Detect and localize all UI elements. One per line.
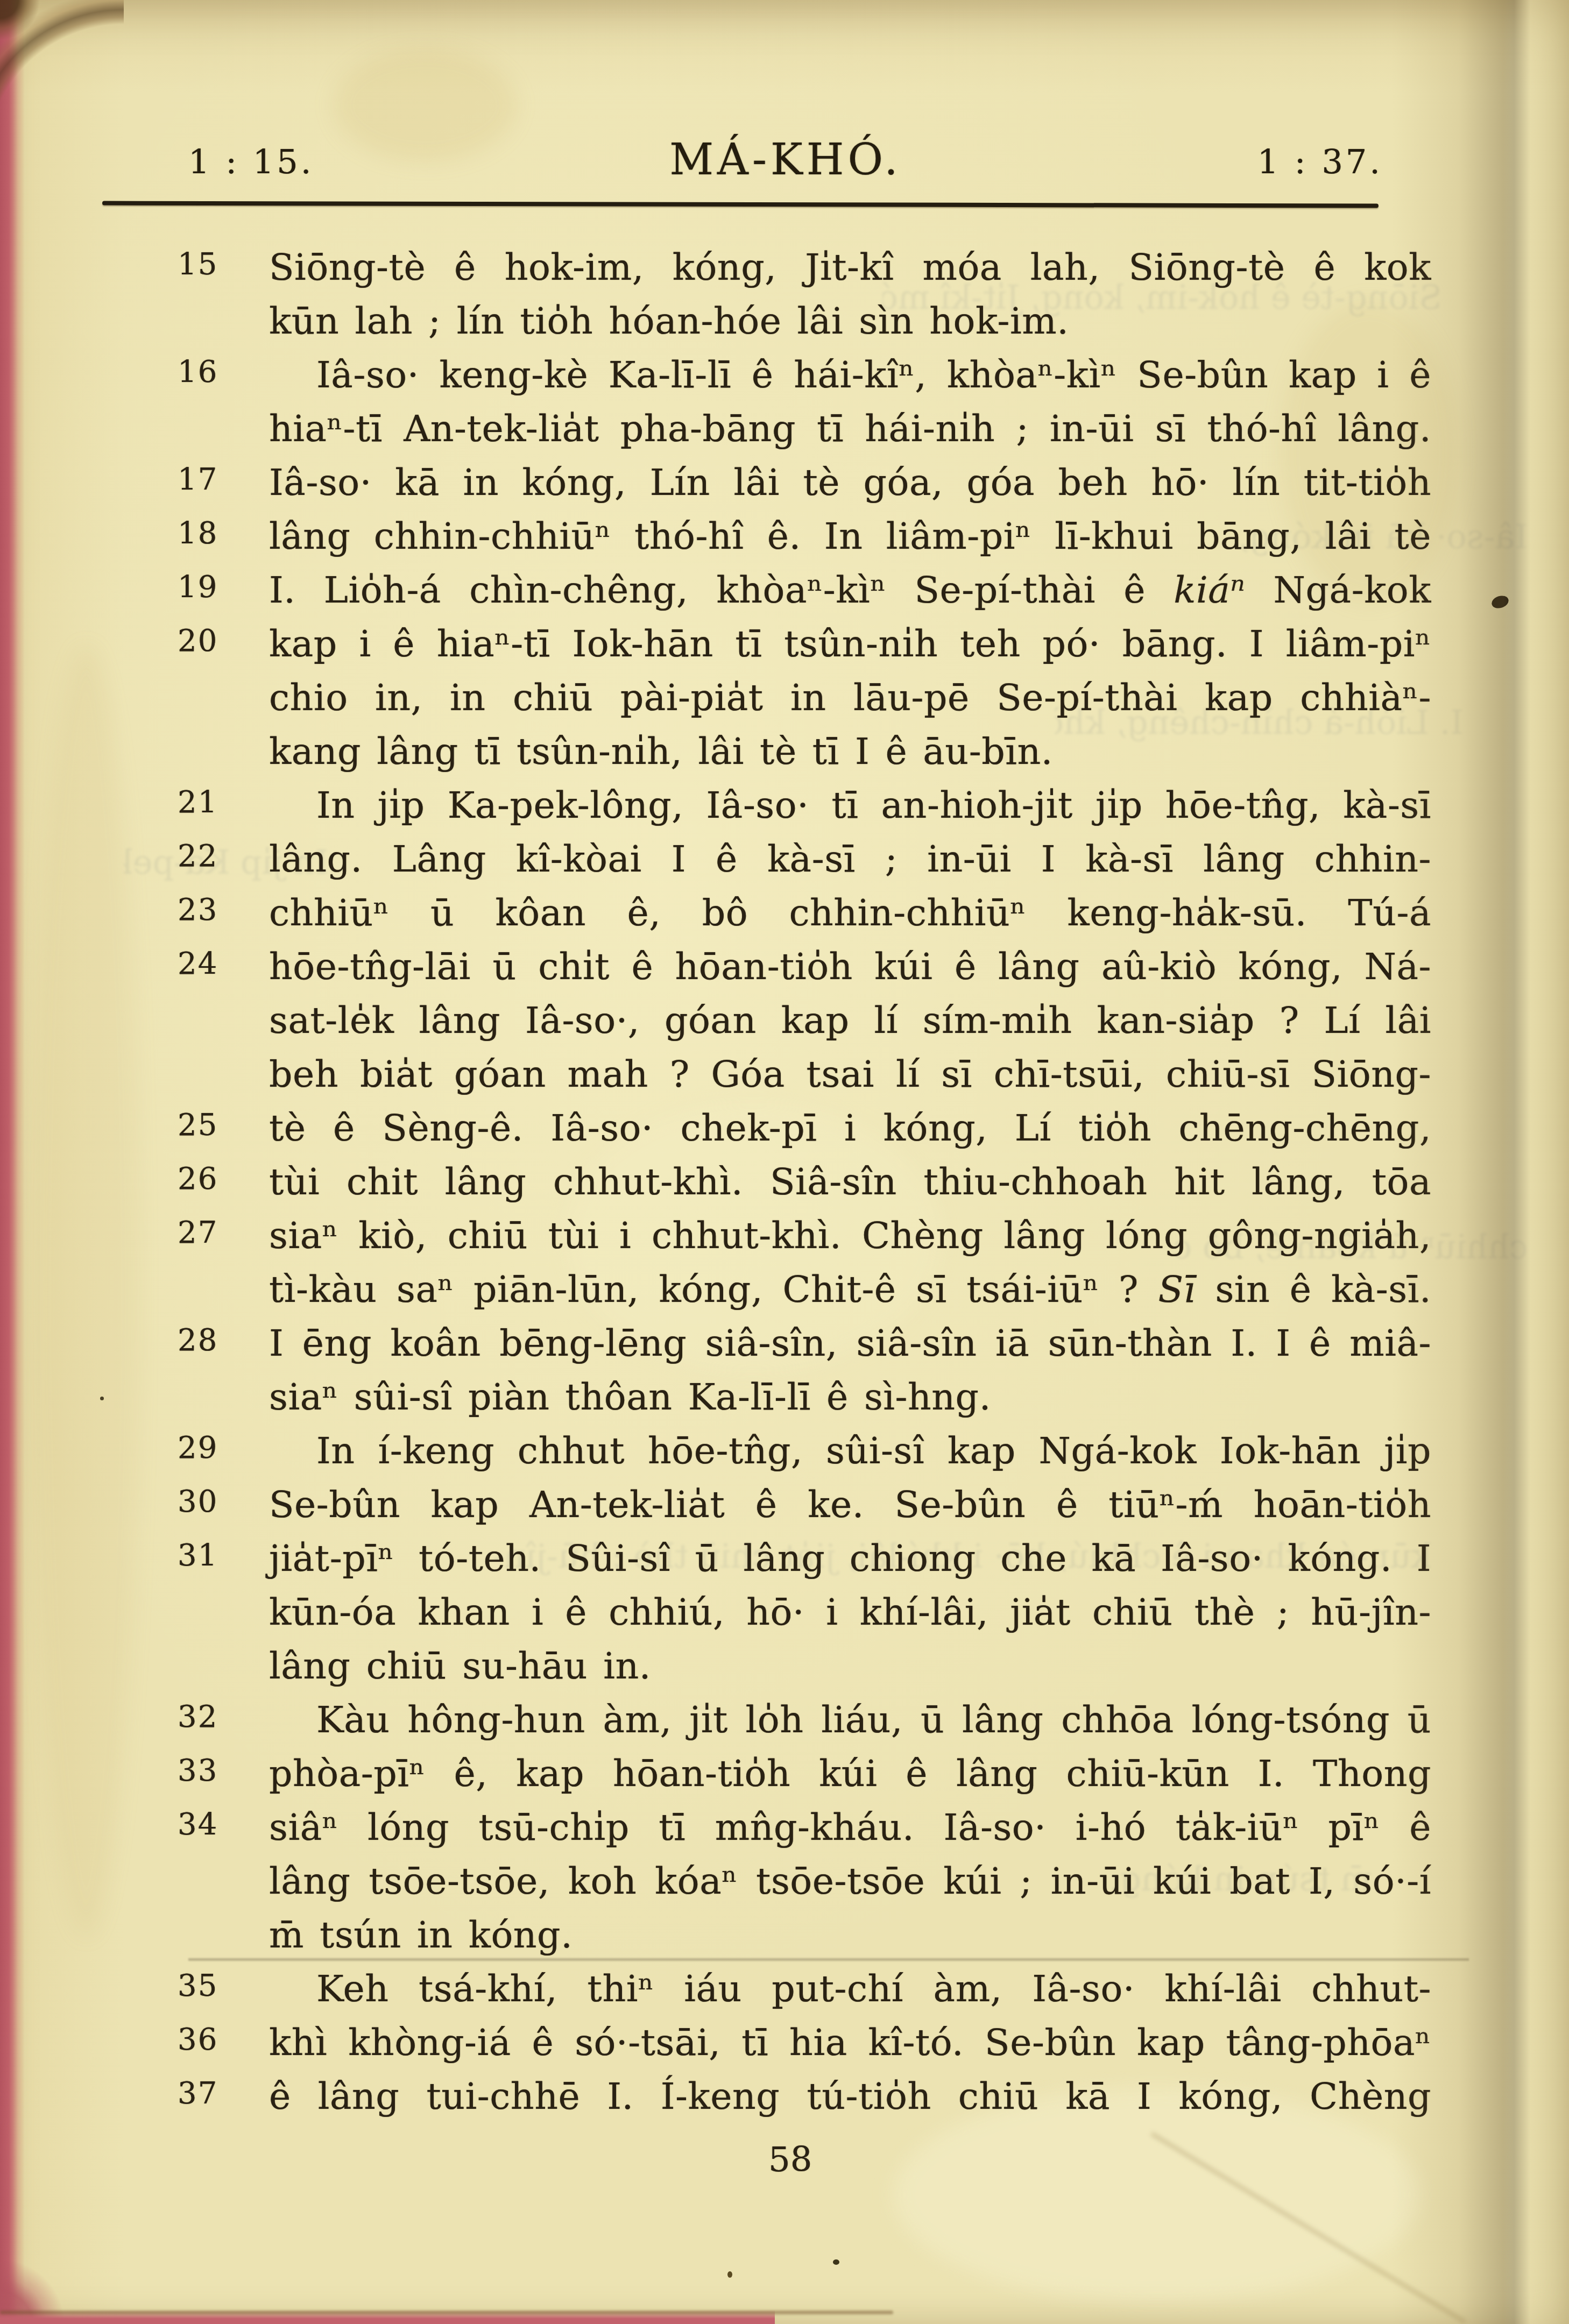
verse-text: siâⁿ lóng tsū-chi̍p tī mn̂g-kháu. Iâ-so·… — [269, 1806, 1431, 1849]
verse-text: Kàu hông-hun àm, ji̍t lo̍h liáu, ū lâng … — [316, 1699, 1431, 1741]
verse-text: lâng chiū su-hāu in. — [269, 1645, 651, 1688]
verse-text: lâng tsōe-tsōe, koh kóaⁿ tsōe-tsōe kúi ;… — [269, 1860, 1431, 1903]
running-head: 1 : 15. MÁ-KHÓ. 1 : 37. — [188, 134, 1383, 199]
verse-text: lâng. Lâng kî-kòai I ê kà-sī ; in-ūi I k… — [269, 838, 1431, 881]
verse-number: 31 — [178, 1529, 254, 1583]
verse-number: 20 — [178, 614, 254, 668]
verse-text: siaⁿ kiò, chiū tùi i chhut-khì. Chèng lâ… — [269, 1215, 1431, 1257]
verse-number: 30 — [178, 1475, 254, 1529]
verse-number: 37 — [178, 2067, 254, 2121]
text-line: 21In ji̍p Ka-pek-lông, Iâ-so· tī an-hioh… — [269, 779, 1431, 833]
verse-number: 15 — [178, 238, 254, 292]
text-line: 17Iâ-so· kā in kóng, Lín lâi tè góa, góa… — [269, 456, 1431, 510]
text-line: 28I ēng koân bēng-lēng siâ-sîn, siâ-sîn … — [269, 1317, 1431, 1371]
verse-text: Iâ-so· kā in kóng, Lín lâi tè góa, góa b… — [269, 462, 1431, 504]
text-line: m̄ tsún in kóng. — [269, 1909, 1431, 1962]
verse-text: hiaⁿ-tī An-tek-lia̍t pha-bāng tī hái-ni̍… — [269, 408, 1431, 450]
text-line: 29In í-keng chhut hōe-tn̂g, sûi-sî kap N… — [269, 1425, 1431, 1478]
verse-text: Iâ-so· keng-kè Ka-lī-lī ê hái-kîⁿ, khòaⁿ… — [316, 354, 1431, 396]
verse-text: kūn-óa khan i ê chhiú, hō· i khí-lâi, ji… — [269, 1591, 1431, 1634]
verse-number: 23 — [178, 883, 254, 937]
text-line: 26tùi chit lâng chhut-khì. Siâ-sîn thiu-… — [269, 1156, 1431, 1209]
text-line: chio in, in chiū pài-pia̍t in lāu-pē Se-… — [269, 671, 1431, 725]
verse-number: 17 — [178, 453, 254, 507]
verse-text: khì khòng-iá ê só·-tsāi, tī hia kî-tó. S… — [269, 2022, 1431, 2064]
text-line: tì-kàu saⁿ piān-lūn, kóng, Chit-ê sī tsá… — [269, 1263, 1431, 1317]
text-line: 25tè ê Sèng-ê. Iâ-so· chek-pī i kóng, Lí… — [269, 1102, 1431, 1156]
ink-speck — [100, 1397, 104, 1400]
verse-text: In ji̍p Ka-pek-lông, Iâ-so· tī an-hioh-j… — [316, 784, 1431, 827]
text-line: 27siaⁿ kiò, chiū tùi i chhut-khì. Chèng … — [269, 1209, 1431, 1263]
verse-number: 21 — [178, 776, 254, 830]
book-red-fore-edge — [0, 0, 25, 2324]
page-corner-top-left — [0, 0, 124, 140]
verse-ref-right: 1 : 37. — [1257, 142, 1383, 181]
text-line: 19I. Lio̍h-á chìn-chêng, khòaⁿ-kìⁿ Se-pí… — [269, 564, 1431, 618]
verse-number: 34 — [178, 1798, 254, 1852]
verse-text: tùi chit lâng chhut-khì. Siâ-sîn thiu-ch… — [269, 1161, 1431, 1203]
book-page: Siōng-tè ê hok-im, kóng, Ji̍t-kî móa lah… — [0, 0, 1569, 2324]
page-number: 58 — [768, 2140, 812, 2180]
verse-text: siaⁿ sûi-sî piàn thôan Ka-lī-lī ê sì-hng… — [269, 1376, 991, 1419]
verse-text: tì-kàu saⁿ piān-lūn, kóng, Chit-ê sī tsá… — [269, 1269, 1431, 1311]
text-line: sat-le̍k lâng Iâ-so·, góan kap lí sím-mi… — [269, 994, 1431, 1048]
text-line: 32Kàu hông-hun àm, ji̍t lo̍h liáu, ū lân… — [269, 1694, 1431, 1747]
text-line: 20kap i ê hiaⁿ-tī Iok-hān tī tsûn-ni̍h t… — [269, 618, 1431, 671]
text-line: 22lâng. Lâng kî-kòai I ê kà-sī ; in-ūi I… — [269, 833, 1431, 887]
verse-number: 25 — [178, 1099, 254, 1152]
page-edge-shadow — [0, 2311, 893, 2314]
text-line: kūn-óa khan i ê chhiú, hō· i khí-lâi, ji… — [269, 1586, 1431, 1640]
text-line: 33phòa-pīⁿ ê, kap hōan-tio̍h kúi ê lâng … — [269, 1747, 1431, 1801]
verse-number: 35 — [178, 1959, 254, 2013]
book-title: MÁ-KHÓ. — [188, 134, 1383, 185]
text-line: beh bia̍t góan mah ? Góa tsai lí sī chī-… — [269, 1048, 1431, 1102]
text-line: 31jia̍t-pīⁿ tó-teh. Sûi-sî ū lâng chiong… — [269, 1532, 1431, 1586]
text-line: kūn lah ; lín tio̍h hóan-hóe lâi sìn hok… — [269, 295, 1431, 349]
text-line: 16Iâ-so· keng-kè Ka-lī-lī ê hái-kîⁿ, khò… — [269, 349, 1431, 402]
text-line: 23chhiūⁿ ū kôan ê, bô chhin-chhiūⁿ keng-… — [269, 887, 1431, 940]
text-line: lâng tsōe-tsōe, koh kóaⁿ tsōe-tsōe kúi ;… — [269, 1855, 1431, 1909]
verse-number: 28 — [178, 1314, 254, 1368]
text-line: 30Se-bûn kap An-tek-lia̍t ê ke. Se-bûn ê… — [269, 1478, 1431, 1532]
verse-number: 36 — [178, 2013, 254, 2067]
text-line: lâng chiū su-hāu in. — [269, 1640, 1431, 1694]
text-line: hiaⁿ-tī An-tek-lia̍t pha-bāng tī hái-ni̍… — [269, 402, 1431, 456]
text-line: 18lâng chhin-chhiūⁿ thó-hî ê. In liâm-pi… — [269, 510, 1431, 564]
verse-text: lâng chhin-chhiūⁿ thó-hî ê. In liâm-piⁿ … — [269, 515, 1431, 558]
verse-text: I ēng koân bēng-lēng siâ-sîn, siâ-sîn iā… — [269, 1322, 1431, 1365]
text-line: 36khì khòng-iá ê só·-tsāi, tī hia kî-tó.… — [269, 2016, 1431, 2070]
verse-number: 19 — [178, 561, 254, 614]
verse-text: tè ê Sèng-ê. Iâ-so· chek-pī i kóng, Lí t… — [269, 1107, 1431, 1150]
verse-text: sat-le̍k lâng Iâ-so·, góan kap lí sím-mi… — [269, 1000, 1431, 1042]
verse-number: 22 — [178, 830, 254, 883]
verse-text: I. Lio̍h-á chìn-chêng, khòaⁿ-kìⁿ Se-pí-t… — [269, 569, 1431, 612]
verse-text: jia̍t-pīⁿ tó-teh. Sûi-sî ū lâng chiong c… — [269, 1537, 1431, 1580]
text-line: 35Keh tsá-khí, thiⁿ iáu put-chí àm, Iâ-s… — [269, 1962, 1431, 2016]
verse-text: ê lâng tui-chhē I. Í-keng tú-tio̍h chiū … — [269, 2075, 1431, 2118]
verse-text: beh bia̍t góan mah ? Góa tsai lí sī chī-… — [269, 1053, 1431, 1096]
verse-text: kap i ê hiaⁿ-tī Iok-hān tī tsûn-ni̍h teh… — [269, 623, 1431, 665]
header-rule — [102, 201, 1379, 208]
text-line: 15Siōng-tè ê hok-im, kóng, Ji̍t-kî móa l… — [269, 241, 1431, 295]
verse-text: hōe-tn̂g-lāi ū chi̍t ê hōan-tio̍h kúi ê … — [269, 946, 1431, 988]
verse-text: chhiūⁿ ū kôan ê, bô chhin-chhiūⁿ keng-ha… — [269, 892, 1431, 934]
binding-gutter-shadow — [1391, 0, 1569, 2324]
verse-text: Siōng-tè ê hok-im, kóng, Ji̍t-kî móa lah… — [269, 246, 1431, 289]
verse-number: 24 — [178, 937, 254, 991]
verse-text: kang lâng tī tsûn-ni̍h, lâi tè tī I ê āu… — [269, 731, 1053, 773]
verse-text: Keh tsá-khí, thiⁿ iáu put-chí àm, Iâ-so·… — [316, 1968, 1431, 2010]
verse-number: 26 — [178, 1152, 254, 1206]
verse-number: 18 — [178, 507, 254, 561]
verse-text: phòa-pīⁿ ê, kap hōan-tio̍h kúi ê lâng ch… — [269, 1753, 1431, 1795]
verse-text: In í-keng chhut hōe-tn̂g, sûi-sî kap Ngá… — [316, 1430, 1431, 1472]
verse-text: chio in, in chiū pài-pia̍t in lāu-pē Se-… — [269, 677, 1431, 719]
text-line: 24hōe-tn̂g-lāi ū chi̍t ê hōan-tio̍h kúi … — [269, 940, 1431, 994]
scripture-text: 15Siōng-tè ê hok-im, kóng, Ji̍t-kî móa l… — [269, 241, 1431, 2124]
text-line: 37ê lâng tui-chhē I. Í-keng tú-tio̍h chi… — [269, 2070, 1431, 2124]
verse-number: 16 — [178, 345, 254, 399]
verse-text: kūn lah ; lín tio̍h hóan-hóe lâi sìn hok… — [269, 300, 1069, 343]
text-line: kang lâng tī tsûn-ni̍h, lâi tè tī I ê āu… — [269, 725, 1431, 779]
verse-number: 29 — [178, 1421, 254, 1475]
verse-text: m̄ tsún in kóng. — [269, 1914, 573, 1957]
verse-number: 27 — [178, 1206, 254, 1260]
verse-text: Se-bûn kap An-tek-lia̍t ê ke. Se-bûn ê t… — [269, 1484, 1431, 1526]
verse-number: 33 — [178, 1744, 254, 1798]
ink-speck — [833, 2259, 839, 2265]
text-line: siaⁿ sûi-sî piàn thôan Ka-lī-lī ê sì-hng… — [269, 1371, 1431, 1425]
text-line: 34siâⁿ lóng tsū-chi̍p tī mn̂g-kháu. Iâ-s… — [269, 1801, 1431, 1855]
ink-speck — [727, 2271, 732, 2278]
verse-number: 32 — [178, 1690, 254, 1744]
